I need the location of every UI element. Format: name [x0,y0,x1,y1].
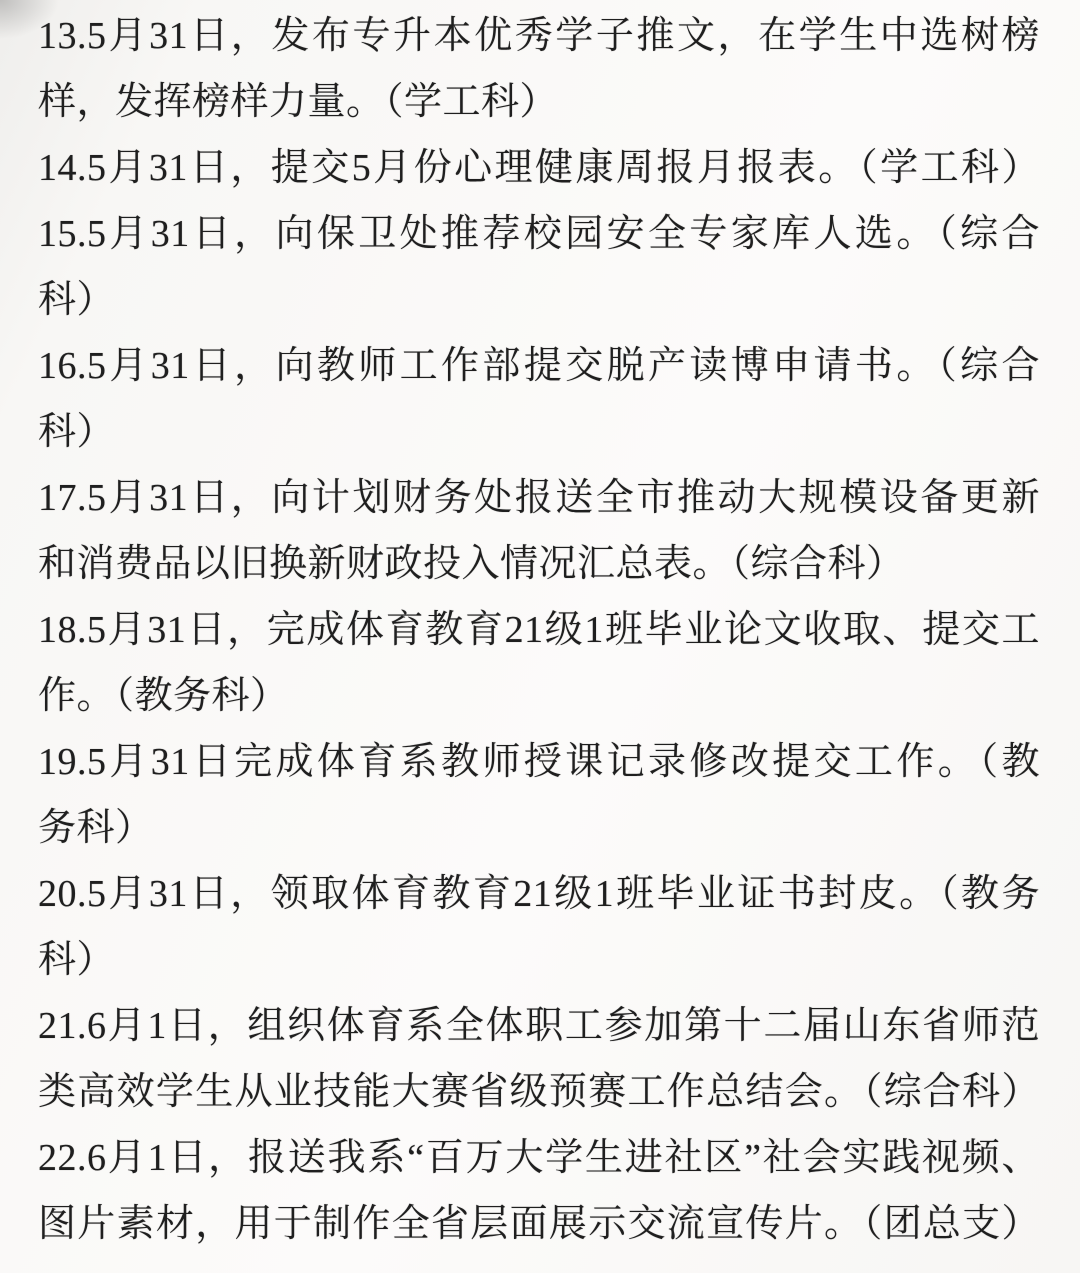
task-line: 务科） [38,795,1040,861]
task-line: 22.6月1日，报送我系“百万大学生进社区”社会实践视频、 [38,1125,1040,1191]
task-line: 类高效学生从业技能大赛省级预赛工作总结会。（综合科） [38,1059,1040,1125]
task-line: 科） [38,927,1040,993]
task-line: 16.5月31日，向教师工作部提交脱产读博申请书。（综合 [38,333,1040,399]
task-line: 14.5月31日，提交5月份心理健康周报月报表。（学工科） [38,135,1040,201]
task-line: 图片素材，用于制作全省层面展示交流宣传片。（团总支） [38,1191,1040,1257]
task-line: 样，发挥榜样力量。（学工科） [38,69,1040,135]
task-line: 15.5月31日，向保卫处推荐校园安全专家库人选。（综合 [38,201,1040,267]
task-line: 和消费品以旧换新财政投入情况汇总表。（综合科） [38,531,1040,597]
task-line: 科） [38,399,1040,465]
task-line: 科） [38,267,1040,333]
task-line: 作。（教务科） [38,663,1040,729]
task-line: 17.5月31日，向计划财务处报送全市推动大规模设备更新 [38,465,1040,531]
task-line: 18.5月31日，完成体育教育21级1班毕业论文收取、提交工 [38,597,1040,663]
task-line: 20.5月31日，领取体育教育21级1班毕业证书封皮。（教务 [38,861,1040,927]
document-page: 13.5月31日，发布专升本优秀学子推文，在学生中选树榜 样，发挥榜样力量。（学… [0,0,1080,1273]
task-list: 13.5月31日，发布专升本优秀学子推文，在学生中选树榜 样，发挥榜样力量。（学… [0,0,1080,1257]
task-line: 21.6月1日，组织体育系全体职工参加第十二届山东省师范 [38,993,1040,1059]
task-line: 13.5月31日，发布专升本优秀学子推文，在学生中选树榜 [38,3,1040,69]
task-line: 19.5月31日完成体育系教师授课记录修改提交工作。（教 [38,729,1040,795]
